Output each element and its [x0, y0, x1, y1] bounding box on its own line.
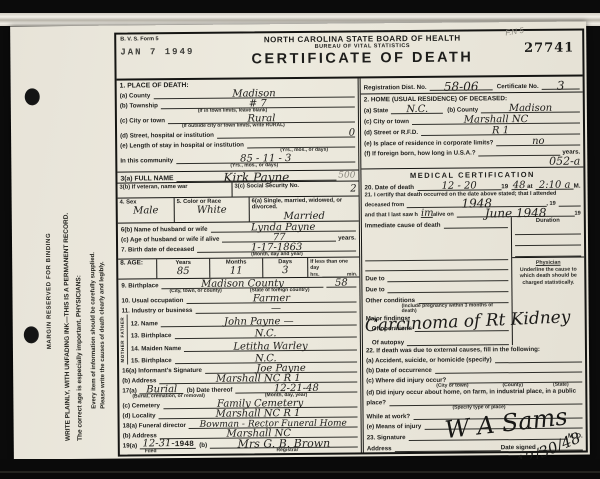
- community-label: In this community: [120, 157, 173, 164]
- burial-date-value: 12-21-48: [235, 383, 357, 394]
- birthplace-label: 9. Birthplace: [121, 282, 158, 289]
- punch-hole: [24, 326, 39, 343]
- injury-where-row: (c) Where did injury occur?: [363, 373, 585, 385]
- duration-cell: [515, 235, 581, 247]
- sex-race-marital-row: 4. Sex Male 5. Color or Race White 6(a) …: [118, 196, 359, 223]
- sex-value: Male: [120, 205, 172, 216]
- certificate-title: CERTIFICATE OF DEATH: [228, 49, 496, 67]
- sex-cell: 4. Sex Male: [118, 198, 175, 222]
- birthdate-value: 1-17-1863: [197, 242, 356, 253]
- date-of-death-year-line: 48: [511, 180, 527, 190]
- stay-label: (e) Length of stay in hospital or instit…: [120, 141, 244, 149]
- date-of-death-year-pre: 19: [501, 183, 508, 190]
- age-label-cell: 8. AGE:: [118, 259, 157, 278]
- last-seen-year: 19: [575, 210, 581, 216]
- community-row: In this community 85 - 11 - 3: [117, 152, 358, 164]
- birthdate-label: 7. Birth date of deceased: [121, 246, 194, 254]
- scan-bottom-line: [0, 471, 600, 473]
- age-label: 8. AGE:: [120, 260, 154, 267]
- full-name-line: Kirk Payne: [177, 171, 337, 182]
- marital-value: Married: [252, 210, 357, 222]
- age-days-cell: Days 3: [263, 258, 308, 277]
- age-less-cell: If less than one day hrs. min.: [308, 257, 359, 276]
- city-row: (c) City or town Rural: [117, 112, 358, 124]
- birthdate-line: 1-17-1863: [197, 241, 356, 252]
- margin-note-write-plainly: WRITE PLAINLY, WITH UNFADING INK—THIS IS…: [63, 213, 72, 441]
- received-date-stamp: JAN 7 1949: [120, 47, 228, 58]
- margin-note-correct-age: The correct age is especially important.…: [75, 275, 83, 441]
- burial-date-label: (b) Date thereof: [187, 386, 233, 393]
- registrar-value: Mrs G. B. Brown: [210, 439, 358, 450]
- registration-dist-value: 58-06: [430, 82, 493, 93]
- burial-date-line: 12-21-48: [235, 382, 357, 393]
- father-group: FATHER 12. Name John Payne — 13. Birthpl…: [119, 312, 360, 339]
- margin-note-every-item: Every item of information should be care…: [90, 252, 97, 409]
- last-seen-line: June 1948: [457, 207, 575, 218]
- margin-note-binding: MARGIN RESERVED FOR BINDING: [46, 233, 53, 349]
- community-line: 85 - 11 - 3: [176, 153, 355, 165]
- registration-row: Registration Dist. No. 58-06 Certificate…: [361, 77, 583, 95]
- registration-dist-line: 58-06: [430, 81, 493, 92]
- registrar-label: (b): [199, 442, 207, 449]
- other-conditions-label: Other conditions: [366, 297, 416, 304]
- ssn-cell: 3(c) Social Security No. 2: [232, 182, 358, 197]
- duration-cell: [515, 224, 581, 236]
- stay-row: (e) Length of stay in hospital or instit…: [117, 137, 358, 149]
- injury-where-label: (c) Where did injury occur?: [366, 377, 446, 385]
- header-left: B. V. S. Form 5 JAN 7 1949: [116, 34, 228, 79]
- filed-label: 19(a): [123, 442, 138, 449]
- him-line: im: [421, 208, 433, 218]
- age-row: 8. AGE: Years 85 Months 11 Days 3: [118, 256, 359, 279]
- township-row: (b) Township # 7: [117, 97, 358, 109]
- community-value: 85 - 11 - 3: [176, 154, 355, 166]
- physician-address-label: Address: [367, 445, 392, 452]
- burial-label: 17(a): [122, 387, 137, 394]
- filed-row: 19(a) 12-31-1948 (b) Mrs G. B. Brown: [120, 437, 361, 449]
- registrar-line: Mrs G. B. Brown: [210, 438, 358, 449]
- birthplace-line2: 58: [326, 277, 356, 287]
- date-of-death-m: M.: [574, 183, 581, 190]
- age-days-value: 3: [265, 265, 305, 276]
- race-cell: 5. Color or Race White: [175, 197, 250, 222]
- physician-note-box: Physician Underline the cause to which d…: [512, 257, 585, 346]
- right-column: Registration Dist. No. 58-06 Certificate…: [358, 77, 586, 453]
- full-name-row: 3(a) FULL NAME Kirk Payne 500: [117, 169, 358, 182]
- form-header: B. V. S. Form 5 JAN 7 1949 NORTH CAROLIN…: [116, 31, 582, 81]
- birthdate-row: 7. Birth date of deceased 1-17-1863: [118, 241, 359, 253]
- city-value: Rural: [168, 114, 355, 126]
- father-side-label: FATHER: [119, 314, 128, 339]
- birthplace-row: 9. Birthplace Madison County 58: [118, 277, 359, 289]
- filed-date-stamp: 1948: [175, 440, 194, 449]
- other-conditions-row: Other conditions: [362, 292, 511, 304]
- certificate-page: MARGIN RESERVED FOR BINDING WRITE PLAINL…: [10, 21, 590, 459]
- scanned-death-certificate: MARGIN RESERVED FOR BINDING WRITE PLAINL…: [0, 0, 600, 479]
- residence-state-line: N.C.: [391, 104, 443, 114]
- marital-cell: 6(a) Single, married, widowed, or divorc…: [250, 196, 359, 221]
- code-row: 052-a: [361, 156, 583, 169]
- code-annotation: 052-a: [549, 157, 580, 167]
- date-of-death-time-line: 2:10 a: [536, 180, 574, 190]
- birthplace-value2: 58: [326, 278, 356, 288]
- township-value: # 7: [161, 99, 355, 111]
- serial-number: 27741: [524, 41, 574, 56]
- other-conditions-line: [418, 293, 509, 304]
- injury-where-line: [449, 373, 582, 384]
- pencil-annotation: F.N 5: [505, 26, 525, 38]
- marital-label: 6(a) Single, married, widowed, or divorc…: [252, 197, 357, 211]
- attended-year-line: [559, 197, 581, 207]
- burial-line: Burial: [140, 384, 184, 394]
- immediate-cause-line: [443, 218, 507, 229]
- date-of-death-at: at: [527, 183, 533, 190]
- form-number: B. V. S. Form 5: [120, 36, 228, 43]
- physician-note-text: Underline the cause to which death shoul…: [515, 266, 581, 286]
- filed-date: 12-31-1948: [140, 439, 196, 450]
- certificate-no-value: 3: [542, 81, 580, 91]
- veteran-cell: 3(b) If veteran, name war: [117, 183, 232, 198]
- certificate-no-line: 3: [542, 80, 580, 90]
- certificate-form: B. V. S. Form 5 JAN 7 1949 NORTH CAROLIN…: [114, 29, 588, 457]
- mother-side-label: MOTHER: [119, 339, 128, 364]
- registration-dist-label: Registration Dist. No.: [364, 84, 427, 92]
- township-label: (b) Township: [120, 102, 158, 109]
- age-months-value: 11: [212, 266, 260, 277]
- stay-line: [247, 138, 355, 149]
- city-line: Rural: [168, 113, 355, 125]
- age-years-value: 85: [159, 266, 207, 277]
- full-name-label: 3(a) FULL NAME: [120, 175, 173, 182]
- injury-place-label-2: place?: [366, 400, 386, 407]
- scan-bottom-band: [0, 459, 600, 479]
- full-name-pencil: 500: [338, 171, 355, 181]
- birthplace-value: Madison County: [161, 279, 323, 290]
- filed-line: 12-31-1948: [140, 439, 196, 449]
- left-column: 1. PLACE OF DEATH: (a) County Madison (b…: [117, 78, 361, 454]
- header-right: F.N 5 27741: [496, 31, 582, 76]
- race-value: White: [177, 205, 247, 217]
- margin-note-please-write: Please write the causes of death clearly…: [99, 261, 106, 408]
- duration-cell: [515, 246, 581, 258]
- city-label: (c) City or town: [120, 117, 165, 124]
- punch-hole: [25, 88, 40, 105]
- birthplace-line: Madison County: [161, 278, 323, 289]
- veteran-label: 3(b) If veteran, name war: [120, 184, 230, 191]
- certificate-no-label: Certificate No.: [497, 83, 539, 90]
- township-line: # 7: [161, 98, 355, 110]
- age-years-cell: Years 85: [157, 259, 210, 278]
- header-center: NORTH CAROLINA STATE BOARD OF HEALTH BUR…: [228, 31, 496, 77]
- age-less-label: If less than one day: [310, 258, 357, 271]
- burial-row: 17(a) Burial (b) Date thereof 12-21-48: [119, 382, 360, 394]
- burial-value: Burial: [140, 385, 184, 395]
- mother-group: MOTHER 14. Maiden Name Letitha Warley 15…: [119, 337, 360, 364]
- age-months-cell: Months 11: [210, 258, 263, 277]
- cause-write-area: [362, 228, 511, 251]
